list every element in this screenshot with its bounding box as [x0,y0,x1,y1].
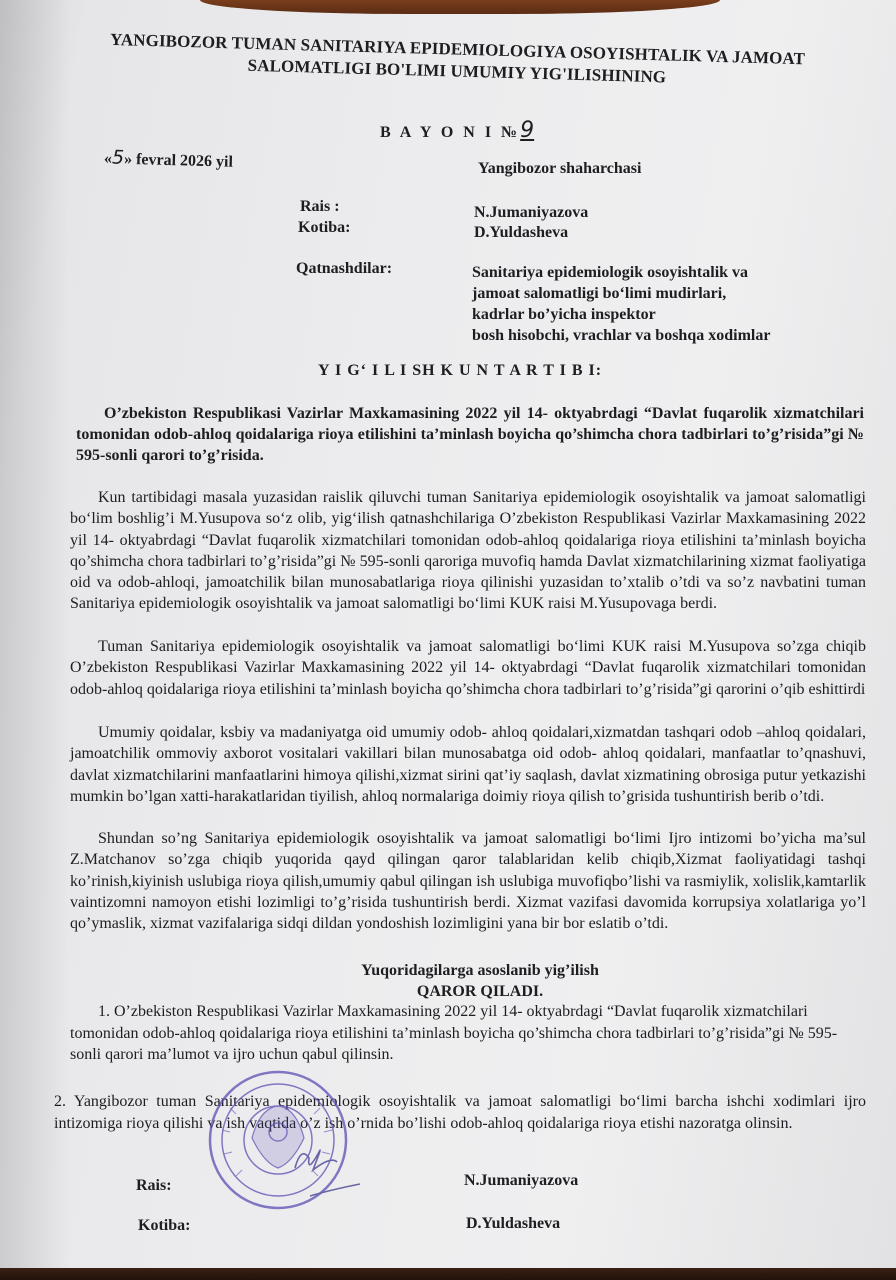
date-day: 5 [112,147,125,169]
decision-heading: QAROR QILADI. [280,981,680,1003]
body-paragraph-1: Kun tartibidagi masala yuzasidan raislik… [70,487,866,615]
body-paragraph-4: Shundan so’ng Sanitariya epidemiologik o… [70,828,866,934]
doc-number: 9 [520,118,534,143]
participants-label: Qatnashdilar: [296,260,392,278]
desk-edge-bottom [0,1268,896,1280]
rais-name: N.Jumaniyazova [474,204,588,222]
doc-label: B A Y O N I № [380,124,520,141]
page-shadow [0,0,70,1270]
kotiba-name: D.Yuldasheva [474,224,568,242]
official-stamp-icon [200,1068,370,1210]
signature-rais-name: N.Jumaniyazova [464,1172,578,1190]
body-paragraph-2: Tuman Sanitariya epidemiologik osoyishta… [70,636,866,700]
rais-label: Rais : [300,198,340,216]
signature-kotiba-label: Kotiba: [138,1217,190,1235]
participants-list: Sanitariya epidemiologik osoyishtalik va… [472,262,770,346]
decision-item-1: 1. O’zbekiston Respublikasi Vazirlar Max… [70,1001,840,1066]
document-header: YANGIBOZOR TUMAN SANITARIYA EPIDEMIOLOGI… [77,28,838,93]
decision-intro: Yuqoridagilarga asoslanib yig’ilish [280,960,680,982]
document-date: «5» fevral 2026 yil [104,146,234,171]
document-title: B A Y O N I №9 [380,118,534,143]
signature-kotiba-name: D.Yuldasheva [466,1215,560,1233]
decision-item-2: 2. Yangibozor tuman Sanitariya epidemiol… [54,1091,866,1134]
kotiba-label: Kotiba: [298,219,350,237]
agenda-heading: Y I G‘ I L I SH K U N T A R T I B I: [318,362,602,380]
agenda-text: O’zbekiston Respublikasi Vazirlar Maxkam… [76,403,864,466]
document-page: YANGIBOZOR TUMAN SANITARIYA EPIDEMIOLOGI… [0,0,896,1270]
body-paragraph-3: Umumiy qoidalar, ksbiy va madaniyatga oi… [70,722,866,807]
document-place: Yangibozor shaharchasi [478,160,641,178]
signature-rais-label: Rais: [136,1177,172,1195]
